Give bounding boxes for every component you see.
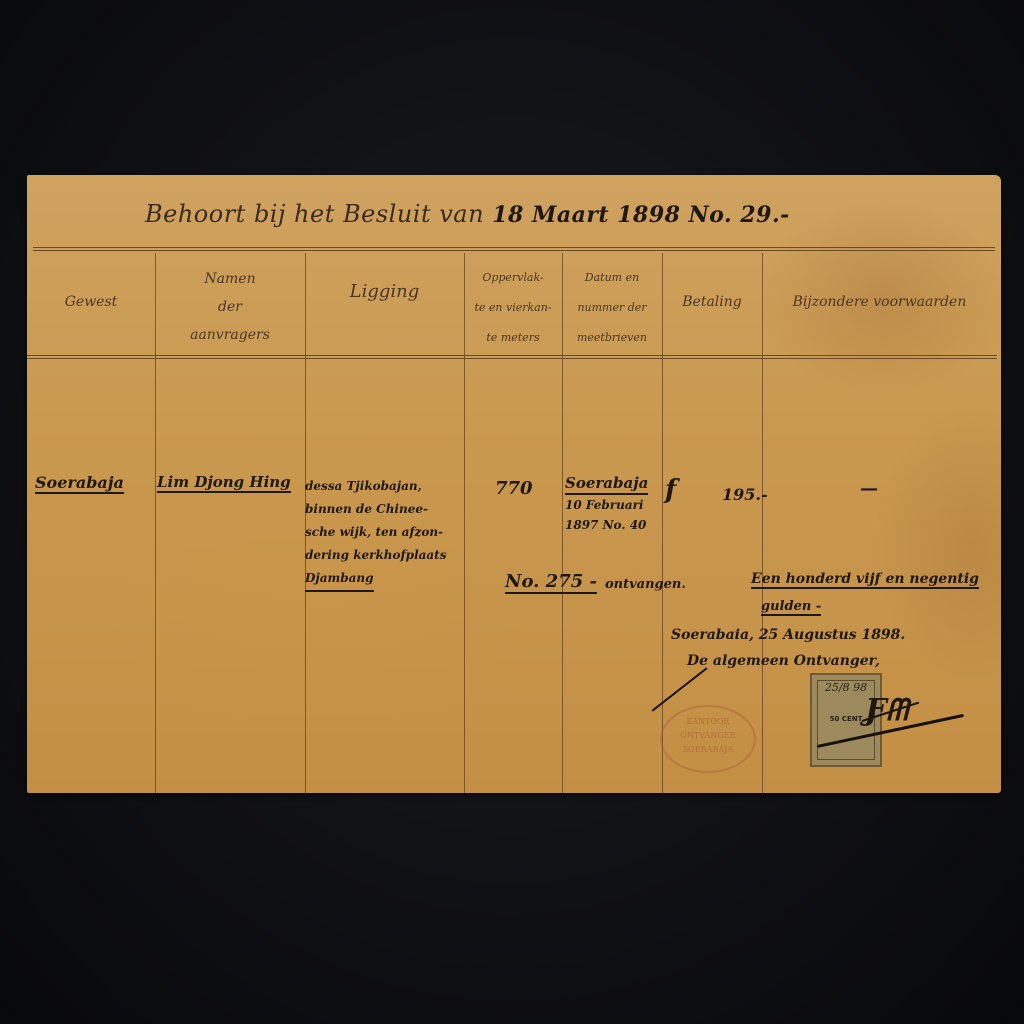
column-header-bijzondere: Bijzondere voorwaarden: [762, 285, 997, 319]
entry-namen: Lim Djong Hing: [157, 473, 291, 493]
title-printed: Behoort bij het Besluit van: [145, 200, 484, 228]
datum-line: 10 Februari: [565, 495, 648, 515]
ligging-line: sche wijk, ten afzon-: [305, 521, 465, 544]
receipt-number: No. 275 -: [505, 571, 597, 594]
title-handwritten: 18 Maart 1898 No. 29.-: [492, 202, 790, 228]
header-line: Bijzondere voorwaarden: [762, 285, 997, 319]
column-header-ligging: Ligging: [305, 275, 464, 309]
receipt-place-date: Soerabaia, 25 Augustus 1898.: [671, 627, 905, 643]
ligging-line: binnen de Chinee-: [305, 498, 465, 521]
receipt-ontvangen: ontvangen.: [605, 577, 686, 592]
entry-betaling-amount: 195.-: [722, 485, 768, 504]
ligging-line: Djambang: [305, 567, 374, 592]
receipt-amount-words-1: Een honderd vijf en negentig: [751, 571, 979, 589]
seal-line: ONTVANGER: [662, 729, 754, 743]
header-line: Oppervlak-: [464, 263, 562, 293]
header-line: Gewest: [27, 285, 155, 319]
entry-oppervlakte: 770: [495, 478, 533, 499]
entry-betaling-currency: f: [665, 475, 676, 505]
header-line: nummer der: [562, 293, 662, 323]
seal-line: SOERABAJA: [662, 743, 754, 757]
document-title: Behoort bij het Besluit van 18 Maart 189…: [145, 200, 790, 228]
entry-ligging: dessa Tjikobajan, binnen de Chinee- sche…: [305, 475, 465, 592]
ligging-line: dering kerkhofplaats: [305, 544, 465, 567]
column-header-oppervlakte: Oppervlak- te en vierkan- te meters: [464, 263, 562, 353]
header-line: Betaling: [662, 285, 762, 319]
header-bottom-rule: [27, 355, 997, 356]
official-seal: KANTOOR ONTVANGER SOERABAJA: [660, 705, 756, 773]
column-divider: [662, 253, 663, 793]
entry-gewest: Soerabaja: [35, 473, 124, 494]
column-header-datum: Datum en nummer der meetbrieven: [562, 263, 662, 353]
entry-bijzondere: —: [860, 478, 878, 499]
column-divider: [762, 253, 763, 793]
datum-line: 1897 No. 40: [565, 515, 648, 535]
entry-datum: Soerabaja 10 Februari 1897 No. 40: [565, 473, 648, 535]
column-header-gewest: Gewest: [27, 285, 155, 319]
seal-line: KANTOOR: [662, 715, 754, 729]
datum-line: Soerabaja: [565, 473, 648, 495]
column-header-namen: Namen der aanvragers: [155, 265, 305, 349]
header-line: Namen: [155, 265, 305, 293]
header-line: te meters: [464, 323, 562, 353]
header-line: der: [155, 293, 305, 321]
ligging-line: dessa Tjikobajan,: [305, 475, 465, 498]
historical-document: Behoort bij het Besluit van 18 Maart 189…: [27, 175, 1001, 793]
signature-mark: Ƒᗰ: [865, 693, 908, 728]
receipt-signatory: De algemeen Ontvanger,: [687, 653, 880, 669]
header-line: aanvragers: [155, 321, 305, 349]
column-header-betaling: Betaling: [662, 285, 762, 319]
header-line: Ligging: [305, 275, 464, 309]
header-line: Datum en: [562, 263, 662, 293]
header-line: meetbrieven: [562, 323, 662, 353]
header-line: te en vierkan-: [464, 293, 562, 323]
receipt-amount-words-2: gulden -: [761, 599, 821, 616]
header-top-rule: [33, 247, 995, 248]
